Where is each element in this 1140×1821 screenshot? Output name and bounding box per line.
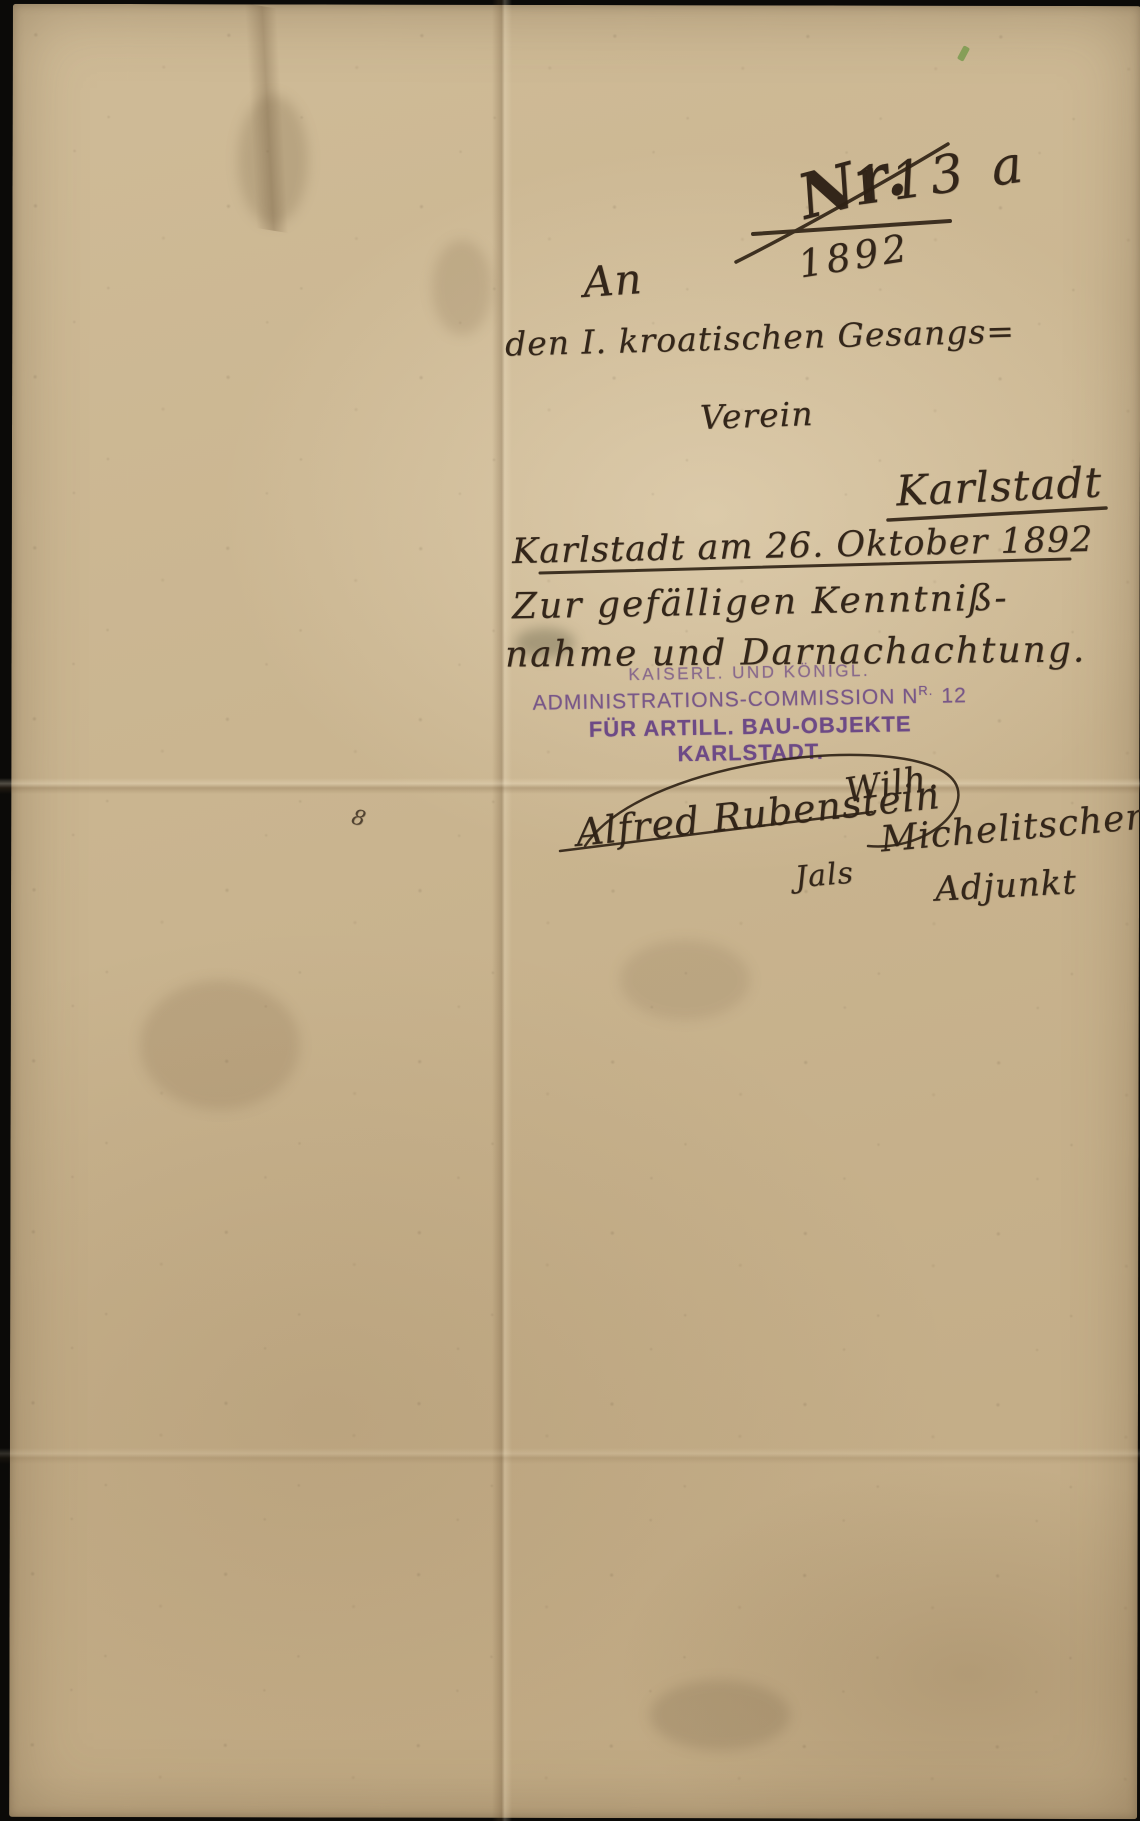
registry-year: 1892: [795, 225, 913, 286]
stamp-line2-text: ADMINISTRATIONS-COMMISSION N: [532, 685, 918, 715]
signature-left-paraph: Jals: [794, 855, 856, 895]
dateline: Karlstadt am 26. Oktober 1892: [512, 520, 1094, 572]
stamp-line2-number: 12: [941, 684, 967, 707]
stamp-line2-sup: R.: [918, 683, 933, 698]
scan-frame: Nr. 113 a 1892 An den I. kroatischen Ges…: [0, 0, 1140, 1821]
address-line3: Verein: [699, 394, 814, 437]
address-an: An: [581, 254, 644, 307]
ink-doodle: 8: [349, 805, 369, 832]
address-place: Karlstadt: [895, 458, 1103, 516]
body-line1: Zur gefälligen Kenntniß-: [512, 578, 1009, 628]
signature-right-title: Adjunkt: [934, 862, 1078, 909]
document-content: Nr. 113 a 1892 An den I. kroatischen Ges…: [0, 0, 1140, 1821]
address-line2: den I. kroatischen Gesangs=: [505, 311, 1016, 363]
ink-flourish-strokes: [0, 0, 1140, 1821]
office-stamp: KAISERL. UND KÖNIGL. ADMINISTRATIONS-COM…: [529, 659, 971, 770]
